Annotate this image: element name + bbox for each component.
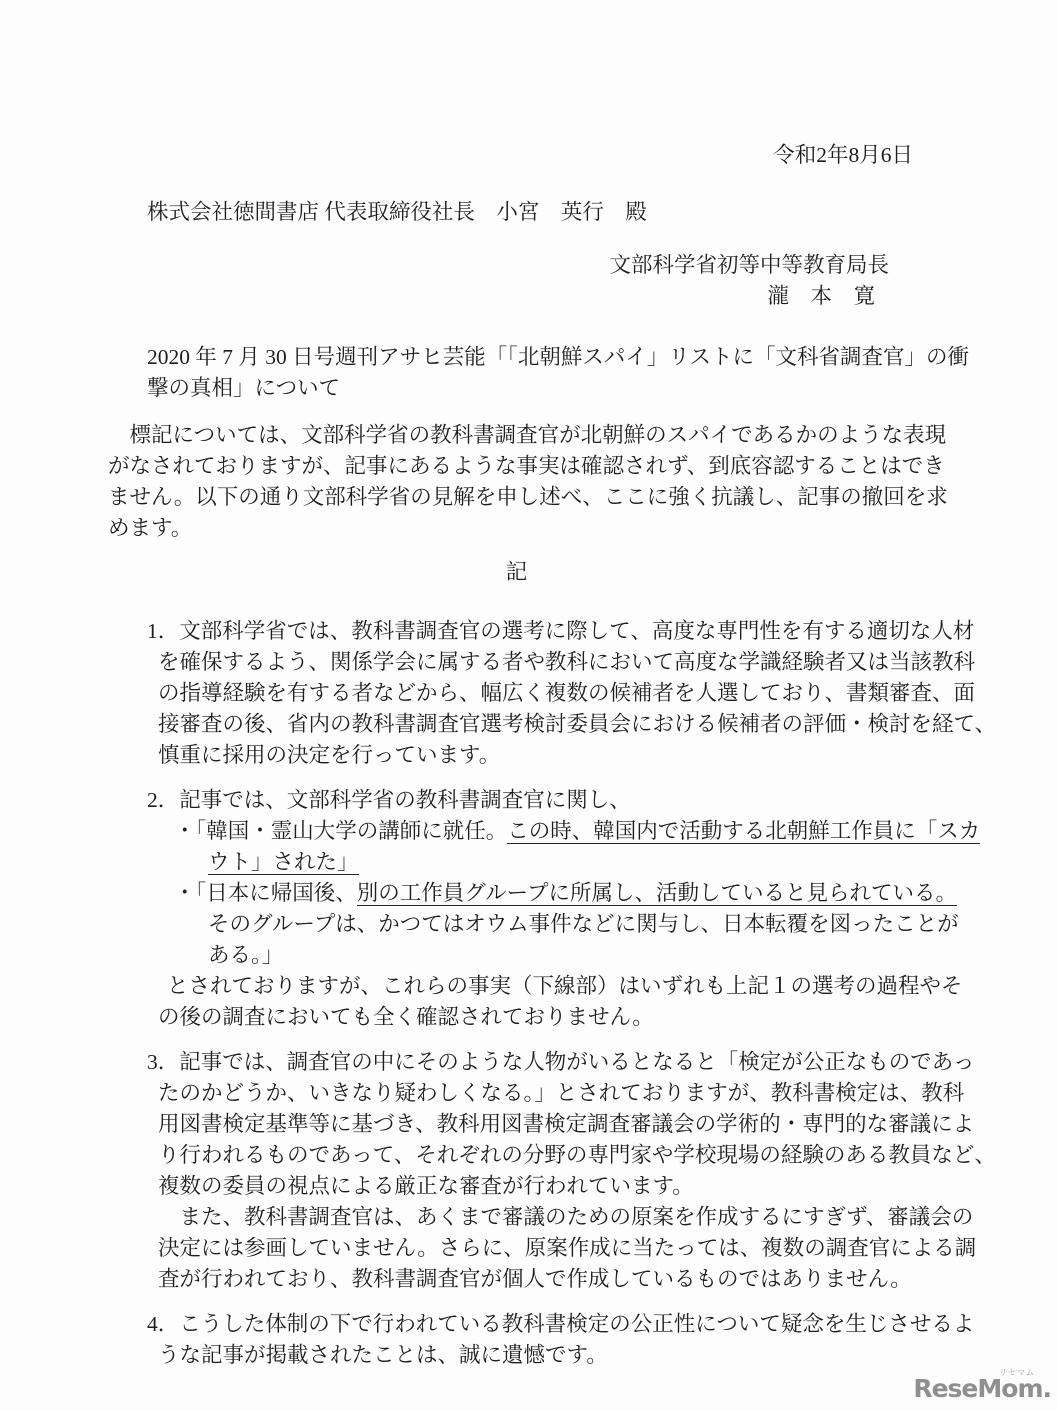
document-line: ・「日本に帰国後、別の工作員グループに所属し、活動していると見られている。 — [108, 878, 925, 909]
text-segment: 用図書検定基準等に基づき、教科用図書検定調査審議会の学術的・専門的な審議によ — [158, 1112, 974, 1136]
document-line: 用図書検定基準等に基づき、教科用図書検定調査審議会の学術的・専門的な審議によ — [108, 1109, 925, 1140]
document-line: また、教科書調査官は、あくまで審議のための原案を作成するにすぎず、審議会の — [108, 1202, 925, 1233]
letter-recipient: 株式会社徳間書店 代表取締役社長 小宮 英行 殿 — [108, 197, 925, 228]
document-line: めます。 — [108, 513, 925, 544]
text-segment: うな記事が掲載されたことは、誠に遺憾です。 — [158, 1343, 608, 1367]
text-segment: 記 — [506, 560, 528, 584]
document-line: の指導経験を有する者などから、幅広く複数の候補者を人選しており、書類審査、面 — [108, 678, 925, 709]
document-line: ません。以下の通り文部科学省の見解を申し述べ、ここに強く抗議し、記事の撤回を求 — [108, 482, 925, 513]
document-line: 4．こうした体制の下で行われている教科書検定の公正性について疑念を生じさせるよ — [108, 1309, 925, 1340]
text-segment: とされておりますが、これらの事実（下線部）はいずれも上記１の選考の過程やそ — [167, 974, 963, 998]
underlined-text: 別の工作員グループに所属し、活動していると見られている。 — [357, 881, 957, 906]
text-segment: 査が行われており、教科書調査官が個人で作成しているものではありません。 — [158, 1267, 912, 1291]
subject-line: 2020 年 7 月 30 日号週刊アサヒ芸能「「北朝鮮スパイ」リストに「文科省… — [147, 342, 925, 373]
text-segment: また、教科書調査官は、あくまで審議のための原案を作成するにすぎず、審議会の — [158, 1205, 973, 1229]
text-segment: ・「日本に帰国後、 — [174, 881, 357, 905]
document-line: 記 — [108, 557, 925, 588]
text-segment: 決定には参画していません。さらに、原案作成に当たっては、複数の調査官による調 — [158, 1236, 976, 1260]
letter-block-section: 1．文部科学省では、教科書調査官の選考に際して、高度な専門性を有する適切な人材を… — [108, 616, 925, 771]
document-line: 2．記事では、文部科学省の教科書調査官に関し、 — [108, 785, 925, 816]
text-segment: 接審査の後、省内の教科書調査官選考検討委員会における候補者の評価・検討を経て、 — [158, 712, 996, 736]
text-segment: 4．こうした体制の下で行われている教科書検定の公正性について疑念を生じさせるよ — [147, 1312, 974, 1336]
text-segment: 慎重に採用の決定を行っています。 — [158, 743, 500, 767]
document-line: 1．文部科学省では、教科書調査官の選考に際して、高度な専門性を有する適切な人材 — [108, 616, 925, 647]
document-line: がなされておりますが、記事にあるような事実は確認されず、到底容認することはでき — [108, 451, 925, 482]
letter-block-section: 3．記事では、調査官の中にそのような人物がいるとなると「検定が公正なものであった… — [108, 1047, 925, 1295]
watermark-logo-text: ReseMom. — [913, 1374, 1051, 1403]
document-line: 接審査の後、省内の教科書調査官選考検討委員会における候補者の評価・検討を経て、 — [108, 709, 925, 740]
text-segment: り行われるものであって、それぞれの分野の専門家や学校現場の経験のある教員など、 — [158, 1143, 996, 1167]
document-line: ある。」 — [108, 940, 925, 971]
document-line: の後の調査においても全く確認されておりません。 — [108, 1002, 925, 1033]
text-segment: めます。 — [108, 516, 192, 540]
letter-block-paragraph: 標記については、文部科学省の教科書調査官が北朝鮮のスパイであるかのような表現がな… — [108, 420, 925, 544]
text-segment: がなされておりますが、記事にあるような事実は確認されず、到底容認することはでき — [108, 454, 945, 478]
letter-body: 標記については、文部科学省の教科書調査官が北朝鮮のスパイであるかのような表現がな… — [108, 420, 925, 1371]
text-segment: ・「韓国・霊山大学の講師に就任。 — [174, 819, 507, 843]
letter-block-center: 記 — [108, 557, 925, 588]
sender-name: 瀧 本 寛 — [108, 281, 925, 312]
document-line: ・「韓国・霊山大学の講師に就任。この時、韓国内で活動する北朝鮮工作員に「スカ — [108, 816, 925, 847]
document-line: とされておりますが、これらの事実（下線部）はいずれも上記１の選考の過程やそ — [108, 971, 925, 1002]
letter-subject: 2020 年 7 月 30 日号週刊アサヒ芸能「「北朝鮮スパイ」リストに「文科省… — [108, 342, 925, 404]
subject-line: 撃の真相」について — [147, 373, 925, 404]
text-segment: 複数の委員の視点による厳正な審査が行われています。 — [158, 1174, 694, 1198]
letter-block-section: 2．記事では、文部科学省の教科書調査官に関し、・「韓国・霊山大学の講師に就任。こ… — [108, 785, 925, 1033]
text-segment: 2．記事では、文部科学省の教科書調査官に関し、 — [147, 788, 631, 812]
document-line: そのグループは、かつてはオウム事件などに関与し、日本転覆を図ったことが — [108, 909, 925, 940]
document-line: 慎重に採用の決定を行っています。 — [108, 740, 925, 771]
text-segment: を確保するよう、関係学会に属する者や教科において高度な学識経験者又は当該教科 — [158, 650, 975, 674]
document-line: ウト」された」 — [108, 847, 925, 878]
text-segment: 3．記事では、調査官の中にそのような人物がいるとなると「検定が公正なものであっ — [147, 1050, 975, 1074]
sender-title: 文部科学省初等中等教育局長 — [108, 250, 925, 281]
watermark-ruby-text: リセマム — [999, 1367, 1035, 1378]
document-line: 査が行われており、教科書調査官が個人で作成しているものではありません。 — [108, 1264, 925, 1295]
text-segment: そのグループは、かつてはオウム事件などに関与し、日本転覆を図ったことが — [208, 912, 959, 936]
document-line: 決定には参画していません。さらに、原案作成に当たっては、複数の調査官による調 — [108, 1233, 925, 1264]
text-segment: ある。」 — [208, 943, 283, 967]
letter-block-section: 4．こうした体制の下で行われている教科書検定の公正性について疑念を生じさせるよう… — [108, 1309, 925, 1371]
resemom-watermark: リセマム ReseMom. — [913, 1374, 1051, 1403]
text-segment: の後の調査においても全く確認されておりません。 — [158, 1005, 654, 1029]
underlined-text: この時、韓国内で活動する北朝鮮工作員に「スカ — [507, 819, 980, 844]
text-segment: たのかどうか、いきなり疑わしくなる。」とされておりますが、教科書検定は、教科 — [158, 1081, 964, 1105]
document-line: を確保するよう、関係学会に属する者や教科において高度な学識経験者又は当該教科 — [108, 647, 925, 678]
underlined-text: ウト」された」 — [208, 850, 359, 875]
document-line: り行われるものであって、それぞれの分野の専門家や学校現場の経験のある教員など、 — [108, 1140, 925, 1171]
document-line: 3．記事では、調査官の中にそのような人物がいるとなると「検定が公正なものであっ — [108, 1047, 925, 1078]
letter-date: 令和2年8月6日 — [108, 140, 925, 171]
text-segment: 1．文部科学省では、教科書調査官の選考に際して、高度な専門性を有する適切な人材 — [147, 619, 974, 643]
document-line: 標記については、文部科学省の教科書調査官が北朝鮮のスパイであるかのような表現 — [108, 420, 925, 451]
letter-document: 令和2年8月6日 株式会社徳間書店 代表取締役社長 小宮 英行 殿 文部科学省初… — [0, 0, 1057, 1411]
text-segment: の指導経験を有する者などから、幅広く複数の候補者を人選しており、書類審査、面 — [158, 681, 975, 705]
document-line: 複数の委員の視点による厳正な審査が行われています。 — [108, 1171, 925, 1202]
document-line: うな記事が掲載されたことは、誠に遺憾です。 — [108, 1340, 925, 1371]
document-line: たのかどうか、いきなり疑わしくなる。」とされておりますが、教科書検定は、教科 — [108, 1078, 925, 1109]
text-segment: ません。以下の通り文部科学省の見解を申し述べ、ここに強く抗議し、記事の撤回を求 — [108, 485, 948, 509]
text-segment: 標記については、文部科学省の教科書調査官が北朝鮮のスパイであるかのような表現 — [108, 423, 946, 447]
